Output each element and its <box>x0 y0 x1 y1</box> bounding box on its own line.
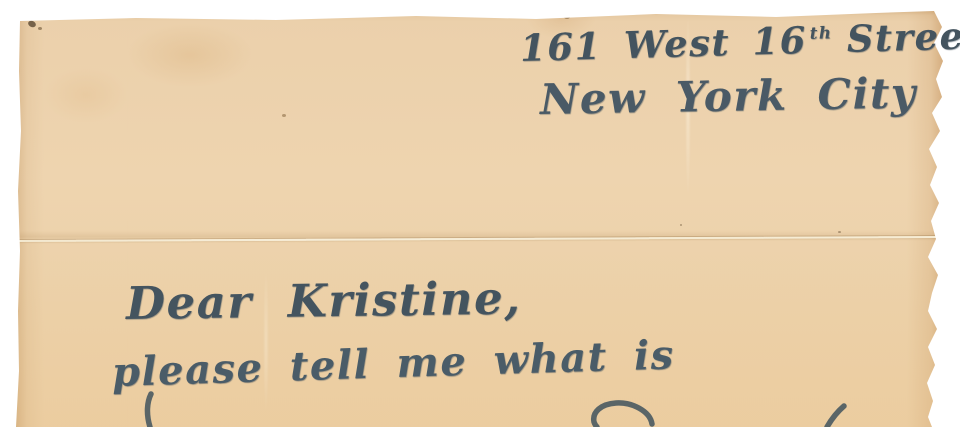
address-number-street: 161 West 16 <box>519 18 807 70</box>
fold-crease <box>16 236 940 242</box>
paper-stain-speck <box>564 15 570 19</box>
paper-stain-speck <box>346 13 350 16</box>
address-street-word: Street <box>846 13 960 61</box>
ink-speck <box>27 20 37 29</box>
salutation-line: Dear Kristine, <box>126 275 522 326</box>
photo-background: 161 West 16thStreet New York City Dear K… <box>0 0 960 427</box>
paper-stain-speck <box>690 12 693 14</box>
paper-stain-speck <box>680 224 682 226</box>
paper-stain-speck <box>838 231 841 233</box>
ink-speck <box>38 27 42 30</box>
address-line-1: 161 West 16thStreet <box>519 17 960 67</box>
paper-stain-speck <box>282 114 286 117</box>
ordinal-suffix: th <box>809 22 832 43</box>
address-line-2: New York City <box>540 72 917 121</box>
